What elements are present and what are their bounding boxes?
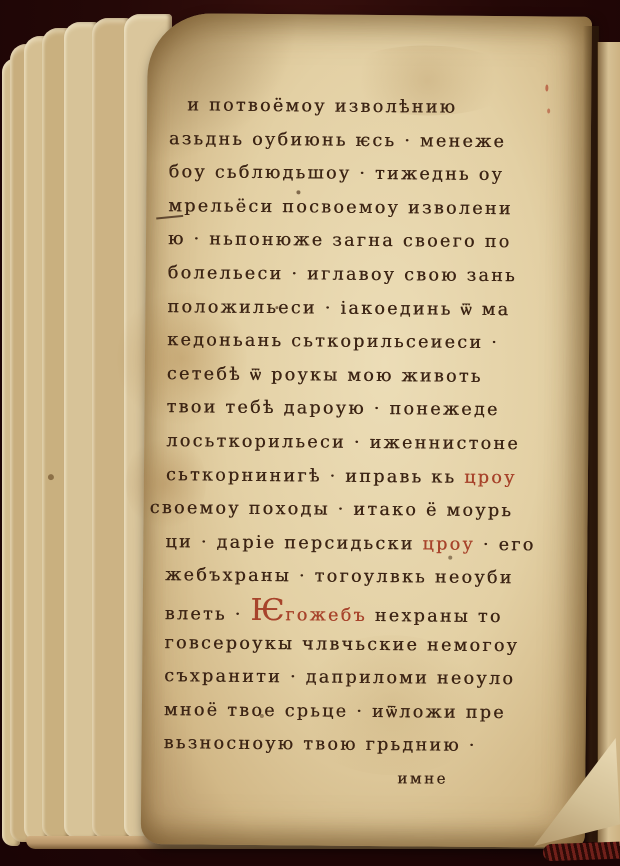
rubric-text: цроу [422,534,475,554]
ink-text: говсероукы члвчьские немогоу [164,633,519,656]
ink-text: и потвоёмоу изволѣнию [187,95,457,117]
manuscript-line: положильеси · іакоединь ѿ ма [167,291,553,328]
ink-text: влеть · [165,604,251,625]
manuscript-line: и потвоёмоу изволѣнию [187,89,555,126]
ink-text: мрельёси посвоемоу изволени [168,196,513,219]
manuscript-line: боу сьблюдьшоу · тижеднь оу [168,156,554,193]
red-endband [543,842,620,862]
ink-text: болельеси · иглавоу свою зань [168,263,517,286]
ink-text: своемоу походы · итако ё моурь [150,498,514,521]
manuscript-line: болельеси · иглавоу свою зань [168,257,554,294]
ink-text: лосьткорильеси · иженнистоне [166,431,520,454]
manuscript-line: кедоньань сьткорильсеиеси · [167,324,553,361]
ink-text: нехраны то [367,606,503,627]
ink-text: жебъхраны · тогоулвкь неоуби [165,565,514,588]
manuscript-line: жебъхраны · тогоулвкь неоуби [165,559,551,596]
text-block: и потвоёмоу изволѣниюазьднь оубиюнь ѥсь … [163,89,555,764]
manuscript-line: влеть · Ѥгожебъ нехраны то [165,593,551,630]
ink-text: боу сьблюдьшоу · тижеднь оу [169,162,505,185]
ink-text: положильеси · іакоединь ѿ ма [167,297,510,320]
manuscript-line: съхранити · даприломи неоуло [164,660,550,697]
manuscript-line: ю · ньпонюже загна своего по [168,224,554,261]
rubric-text: гожебъ [285,605,367,626]
rubric-text: Ѥ [250,593,285,628]
ink-text: кедоньань сьткорильсеиеси · [167,330,499,353]
ink-text: сьткорнинигѣ · иправь кь [166,465,464,488]
rubric-text: цроу [464,467,517,487]
speck [545,84,548,91]
manuscript-line: лосьткорильеси · иженнистоне [166,425,552,462]
ink-text: ю · ньпонюже загна своего по [168,230,512,253]
ink-text: сетебѣ ѿ роукы мою животь [167,364,483,387]
ink-text: мноё твое срьце · иѿложи пре [164,700,506,723]
manuscript-photo: и потвоёмоу изволѣниюазьднь оубиюнь ѥсь … [0,0,620,866]
catchword: имне [397,769,448,787]
ink-text: · его [475,535,536,556]
book-page: и потвоёмоу изволѣниюазьднь оубиюнь ѥсь … [141,13,592,848]
manuscript-line: сетебѣ ѿ роукы мою животь [167,358,553,395]
manuscript-line: вьзносноую твою грьднию · [163,727,549,764]
ink-text: твои тебѣ дароую · понежеде [166,398,499,421]
manuscript-line: сьткорнинигѣ · иправь кь цроу [166,459,552,496]
manuscript-line: своемоу походы · итако ё моурь [150,492,552,529]
ink-text: ци · даріе персидьски [165,532,422,554]
facing-page-edge [597,42,620,846]
manuscript-line: говсероукы члвчьские немогоу [164,627,550,664]
manuscript-line: ци · даріе персидьски цроу · его [165,526,551,563]
manuscript-line: мрельёси посвоемоу изволени [168,190,554,227]
manuscript-line: азьднь оубиюнь ѥсь · менеже [169,123,555,160]
ink-text: азьднь оубиюнь ѥсь · менеже [169,129,506,152]
ink-text: съхранити · даприломи неоуло [164,666,515,689]
manuscript-line: мноё твое срьце · иѿложи пре [164,694,550,731]
ink-text: вьзносноую твою грьднию · [164,733,477,756]
manuscript-line: твои тебѣ дароую · понежеде [166,392,552,429]
